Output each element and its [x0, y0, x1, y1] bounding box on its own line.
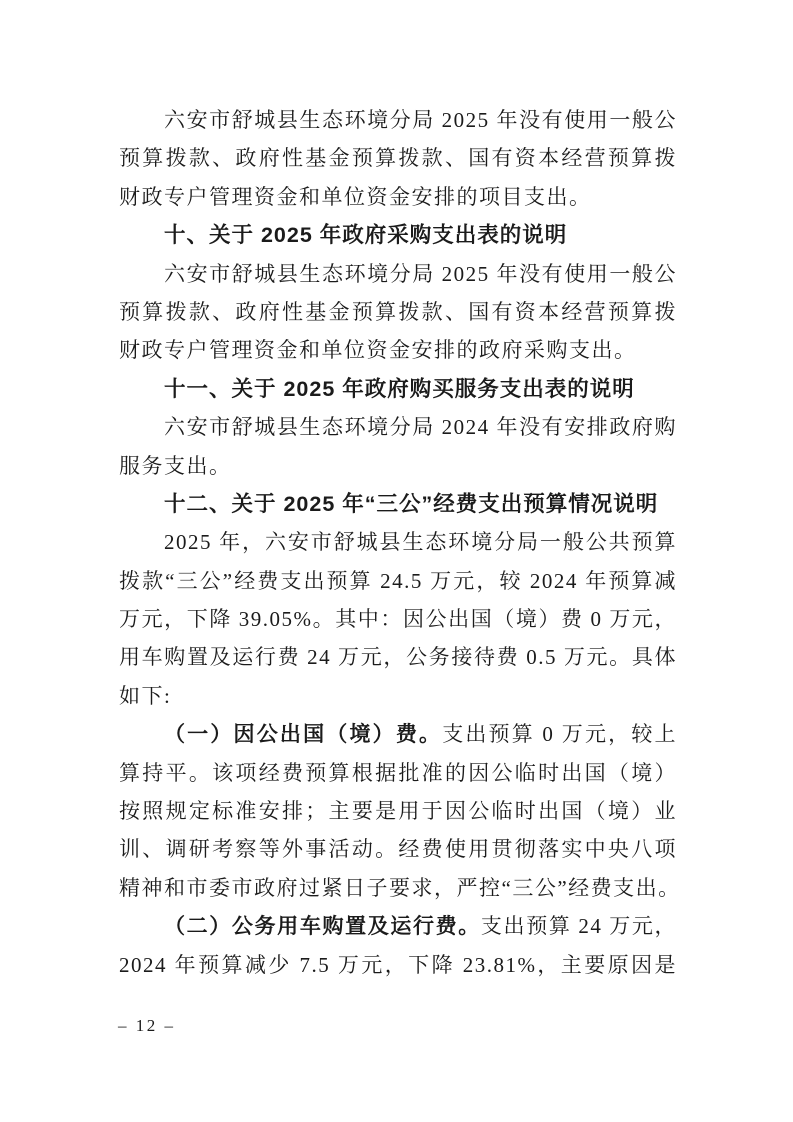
text-line: 财政专户管理资金和单位资金安排的政府采购支出。 [119, 331, 677, 369]
text-line: 如下: [119, 677, 677, 715]
text-line: 六安市舒城县生态环境分局 2024 年没有安排政府购买 [119, 408, 677, 446]
text-line: 预算拨款、政府性基金预算拨款、国有资本经营预算拨款、 [119, 293, 677, 331]
text-line: 用车购置及运行费 24 万元，公务接待费 0.5 万元。具体情况 [119, 638, 677, 676]
text-line: 服务支出。 [119, 447, 677, 485]
text-line: 预算拨款、政府性基金预算拨款、国有资本经营预算拨款、 [119, 139, 677, 177]
item-line-2: （二）公务用车购置及运行费。支出预算 24 万元，较 [119, 907, 677, 945]
page-number: – 12 – [118, 1012, 176, 1040]
text-line: 财政专户管理资金和单位资金安排的项目支出。 [119, 178, 677, 216]
item-line-1: （一）因公出国（境）费。支出预算 0 万元，较上年预 [119, 715, 677, 753]
text-line: 算持平。该项经费预算根据批准的因公临时出国（境）计划， [119, 754, 677, 792]
text-line: 2025 年，六安市舒城县生态环境分局一般公共预算财政 [119, 523, 677, 561]
section-heading-12: 十二、关于 2025 年“三公”经费支出预算情况说明 [119, 485, 677, 523]
document-text-block: 六安市舒城县生态环境分局 2025 年没有使用一般公共 预算拨款、政府性基金预算… [119, 101, 677, 984]
text-line: 训、调研考察等外事活动。经费使用贯彻落实中央八项规定 [119, 830, 677, 868]
document-page: 六安市舒城县生态环境分局 2025 年没有使用一般公共 预算拨款、政府性基金预算… [0, 0, 793, 1122]
text-line: 六安市舒城县生态环境分局 2025 年没有使用一般公共 [119, 101, 677, 139]
text-line: 拨款“三公”经费支出预算 24.5 万元，较 2024 年预算减少 15.7 [119, 562, 677, 600]
item-lead-bold: （二）公务用车购置及运行费。 [164, 915, 481, 938]
text-line: 精神和市委市政府过紧日子要求，严控“三公”经费支出。 [119, 869, 677, 907]
text-line: 万元，下降 39.05%。其中：因公出国（境）费 0 万元，公务 [119, 600, 677, 638]
text-line: 六安市舒城县生态环境分局 2025 年没有使用一般公共 [119, 255, 677, 293]
text-line: 2024 年预算减少 7.5 万元，下降 23.81%，主要原因是贯彻落 [119, 946, 677, 984]
text-line: 按照规定标准安排；主要是用于因公临时出国（境）业务培 [119, 792, 677, 830]
section-heading-10: 十、关于 2025 年政府采购支出表的说明 [119, 216, 677, 254]
section-heading-11: 十一、关于 2025 年政府购买服务支出表的说明 [119, 370, 677, 408]
item-lead-bold: （一）因公出国（境）费。 [164, 723, 442, 746]
